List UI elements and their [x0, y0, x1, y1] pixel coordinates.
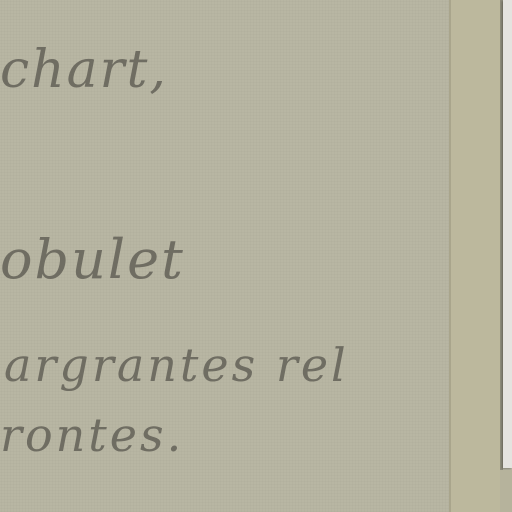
handwritten-line-3: argrantes rel	[4, 338, 349, 392]
handwritten-line-4: rontes.	[0, 408, 184, 462]
page-corner	[500, 470, 512, 512]
manuscript-page: chart, obulet argrantes rel rontes.	[0, 0, 449, 512]
handwritten-line-1: chart,	[0, 40, 168, 100]
handwritten-line-2: obulet	[0, 228, 185, 291]
page-margin-strip	[451, 0, 501, 512]
backing-card-edge	[503, 0, 512, 468]
